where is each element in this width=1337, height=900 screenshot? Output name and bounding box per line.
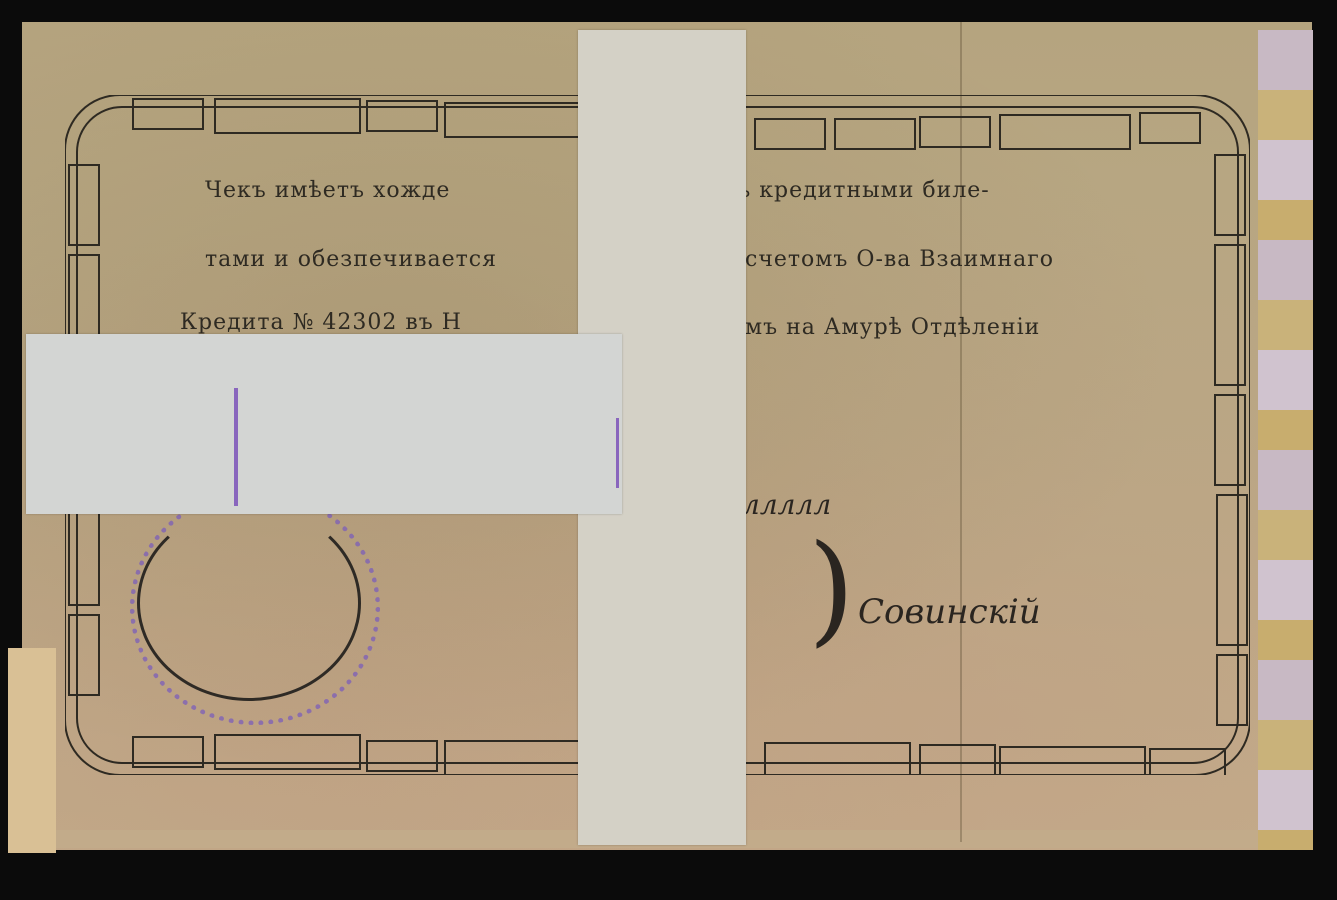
- purple-ink-mark: [234, 388, 238, 506]
- text-line-1: Чекъ имѣетъ хожде: [205, 178, 450, 203]
- paper-flap: [8, 648, 56, 853]
- text-line-6: мъ на Амурѣ Отдѣленіи: [745, 315, 1040, 340]
- torn-right-edge: [1258, 30, 1313, 850]
- stamp-outline: [137, 505, 361, 701]
- signature: Совинскій: [858, 592, 1041, 632]
- signature-flourish: ллллл: [742, 488, 831, 521]
- repair-tape-horizontal: [26, 334, 622, 514]
- text-line-4: счетомъ О-ва Взаимнаго: [745, 247, 1054, 272]
- purple-ink-mark: [616, 418, 619, 488]
- text-line-5: Кредита № 42302 въ Н: [180, 310, 462, 335]
- signature-arc: ): [808, 520, 855, 659]
- text-line-3: тами и обезпечивается: [205, 247, 497, 272]
